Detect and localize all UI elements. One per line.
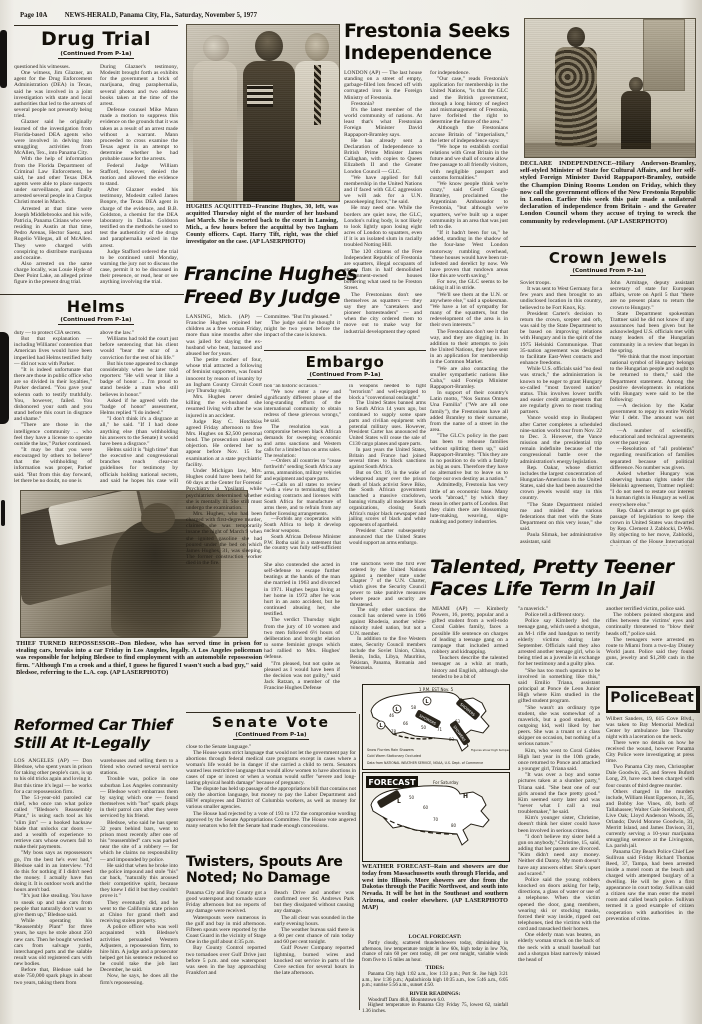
drug-trial-col2: During Glazner's testimony, Modesitt bro… xyxy=(100,64,178,294)
teener-headline-line1: Talented, Pretty Teener xyxy=(430,556,696,578)
legend-fronts: Cold Warm Stationary Occluded xyxy=(367,754,421,758)
weather-map-current-svg: 1 P.M. EST Nov. 5 L L L SHOWERS SHOWERS … xyxy=(363,685,509,769)
legend-precip: Snow Flurries Rain Showers xyxy=(367,748,414,752)
temp-66: 66 xyxy=(403,721,409,726)
embargo-headline: Embargo xyxy=(264,353,426,371)
twisters-headline: Twisters, Spouts Are Noted; No Damage xyxy=(186,854,358,886)
gutter-rule xyxy=(359,714,360,1010)
temp-78: 78 xyxy=(391,729,397,734)
senate-rule xyxy=(186,712,356,713)
f-temp-70: 70 xyxy=(433,817,439,822)
crown-continued: (Continued From P-1a) xyxy=(520,268,696,276)
frestonia-photo-caption: DECLARE INDEPENDENCE--Hilary Anderson-Br… xyxy=(520,160,696,244)
hughes-photo xyxy=(186,24,340,202)
river-text: Woodruff Dam 48.0, Blountstown 6.0.Highe… xyxy=(362,998,508,1015)
local-forecast-block: LOCAL FORECAST: Partly cloudy, scattered… xyxy=(362,932,508,1018)
teener-col1: MIAMI (AP) — Kimberly Powers, 16, pretty… xyxy=(432,606,508,680)
drug-trial-headline: Drug Trial xyxy=(14,28,178,50)
river-heading: RIVER READINGS: xyxy=(362,991,508,997)
reformed-headline-line2: Still At It-Legally xyxy=(14,734,184,752)
film-scratch-low xyxy=(1,500,5,526)
weather-map-forecast: FORECAST For Saturday H L 50 60 70 80 xyxy=(362,772,510,862)
forecast-title: FORECAST xyxy=(368,778,416,787)
twisters-headline-line1: Twisters, Spouts Are xyxy=(186,854,358,870)
reformed-col2: warehouses and selling them to a friend … xyxy=(100,758,178,1010)
frestonia-photo xyxy=(524,18,696,158)
crown-col1: Soviet troops.It was sent to West German… xyxy=(520,280,602,546)
senate-body: close to the Senate language."The House … xyxy=(186,744,356,848)
helms-continued: (Continued From P-1a) xyxy=(14,317,178,326)
local-forecast-text: Partly cloudy, scattered thundershowers … xyxy=(362,941,508,963)
twisters-col2: Beach Drive and another was confirmed ov… xyxy=(274,890,354,1010)
embargo-body: tion "an historic occasion.""We now ente… xyxy=(264,384,426,556)
map-credit: Data from NATIONAL WEATHER SERVICE, NOAA… xyxy=(367,761,483,765)
temp-50: 50 xyxy=(421,725,427,730)
frestonia-headline-line2: Independence xyxy=(344,42,524,64)
francine-headline: Francine Hughes Freed By Judge xyxy=(184,263,360,311)
weather-map-forecast-svg: FORECAST For Saturday H L 50 60 70 80 xyxy=(363,773,509,861)
photo-grain xyxy=(525,19,695,157)
temp-83: 83 xyxy=(449,737,455,742)
page-number: Page 10A xyxy=(20,12,47,19)
photo-grain xyxy=(187,25,339,201)
weather-map-current: 1 P.M. EST Nov. 5 L L L SHOWERS SHOWERS … xyxy=(362,684,510,770)
senate-continued: (Continued From P-1a) xyxy=(186,732,356,740)
newspaper-page: { "masthead": { "page": "Page 10A", "lin… xyxy=(0,0,702,1024)
map-note: Figures show high temperatures for area xyxy=(471,748,509,752)
reformed-col1: LOS ANGELES (AP) — Don Bledsoe, who spen… xyxy=(14,758,92,1010)
forecast-sub: For Saturday xyxy=(433,780,459,785)
helms-col2: above the law."Williams had told the cou… xyxy=(100,330,178,483)
helms-rule xyxy=(0,294,184,295)
francine-col-c: She also contended she acted in self-def… xyxy=(264,562,340,710)
teener-col2: "a maverick."Police tell a different sto… xyxy=(518,606,600,1010)
hughes-caption: HUGHES ACQUITTED--Francine Hughes, 30, l… xyxy=(186,204,338,260)
helms-headline: Helms xyxy=(14,297,178,316)
embargo-rule xyxy=(264,350,426,351)
embargo-col3: The sanctions were the first ever ordere… xyxy=(350,562,426,682)
low-symbol-f: L xyxy=(397,798,401,805)
crown-rule xyxy=(520,246,696,247)
tides-heading: TIDES: xyxy=(362,965,508,971)
crown-headline: Crown Jewels xyxy=(520,249,696,267)
senate-headline: Senate Vote xyxy=(186,715,356,731)
temp-63: 63 xyxy=(455,719,461,724)
local-forecast-heading: LOCAL FORECAST: xyxy=(362,934,508,940)
frestonia-headline: Frestonia Seeks Independence xyxy=(344,20,524,66)
f-temp-60: 60 xyxy=(423,805,429,810)
f-temp-80: 80 xyxy=(451,823,457,828)
police-beat-title: PoliceBeat xyxy=(610,690,694,706)
twisters-headline-line2: Noted; No Damage xyxy=(186,870,358,886)
reformed-headline: Reformed Car Thief Still At It-Legally xyxy=(14,716,184,754)
francine-headline-line1: Francine Hughes xyxy=(184,263,360,286)
temp-71: 71 xyxy=(437,727,443,732)
teener-headline: Talented, Pretty Teener Faces Life Term … xyxy=(430,556,696,602)
reformed-headline-line1: Reformed Car Thief xyxy=(14,716,184,734)
masthead-line: NEWS-HERALD, Panama City, Fla., Saturday… xyxy=(65,12,257,19)
frestonia-col-b: for independence."Our case," reads Frest… xyxy=(430,70,508,550)
film-scratch-mid xyxy=(0,332,9,424)
film-scratch-top xyxy=(0,30,7,88)
drug-trial-col1: questioned his witnesses.One witness, Ji… xyxy=(14,64,92,294)
weather-caption: WEATHER FORECAST--Rain and showers are d… xyxy=(362,864,508,932)
teener-col3: another terrified victim, police said.Th… xyxy=(606,606,694,682)
francine-headline-line2: Freed By Judge xyxy=(184,286,360,309)
f-temp-50: 50 xyxy=(409,795,415,800)
temp-46: 46 xyxy=(389,713,395,718)
tides-text: Panama City high 1:02 a.m., low 1:33 p.m… xyxy=(362,972,508,989)
police-beat-body: Wilbert Sanders, 19, 615 Cove Blvd., was… xyxy=(606,716,694,1010)
twisters-col1: Panama City and Bay County got a good wa… xyxy=(186,890,266,1010)
embargo-continued: (Continued From P-1a) xyxy=(264,372,426,380)
francine-col-b: Committee. "But I'm pleased."The judge s… xyxy=(264,314,340,348)
helms-col1: duty — to protect CIA secrets.But that e… xyxy=(14,330,92,483)
crown-col2: John Armitage, deputy assistant secretar… xyxy=(610,280,694,546)
drug-trial-rule xyxy=(14,25,178,26)
high-symbol: H xyxy=(463,793,468,800)
temp-58: 58 xyxy=(411,705,417,710)
teener-headline-line2: Faces Life Term In Jail xyxy=(430,578,696,600)
drug-trial-continued: (Continued From P-1a) xyxy=(14,51,178,60)
francine-col-a: LANSING, Mich. (AP) — Francine Hughes re… xyxy=(186,314,262,660)
frestonia-col-a: LONDON (AP) — The last house standing on… xyxy=(344,70,422,344)
police-beat-headline-box: PoliceBeat xyxy=(606,686,700,713)
frestonia-headline-line1: Frestonia Seeks xyxy=(344,20,524,42)
